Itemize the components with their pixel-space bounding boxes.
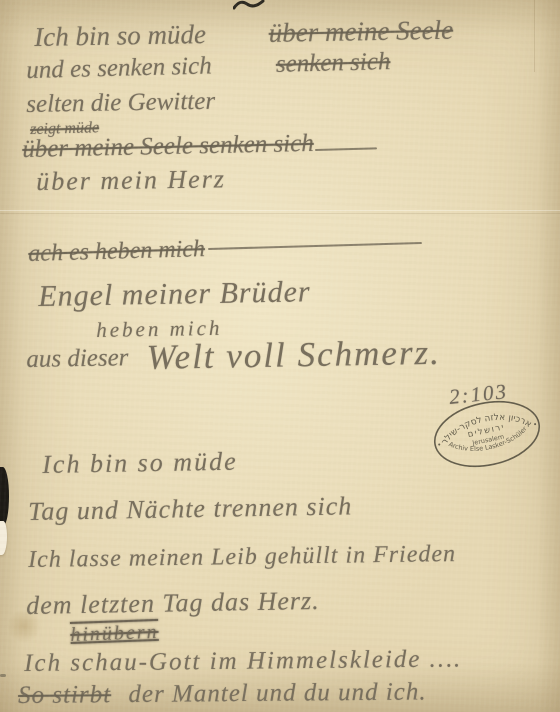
strike-mark-extension bbox=[208, 242, 422, 250]
handwriting-line-5: über meine Seele senken sich bbox=[22, 130, 314, 164]
handwriting-line-7: ach es heben mich bbox=[28, 236, 205, 268]
line-17-text: der Mantel und du und ich. bbox=[128, 678, 426, 709]
handwriting-line-1: Ich bin so müde über meine Seele bbox=[34, 15, 453, 53]
stamp-dot-right: • bbox=[532, 420, 538, 429]
manuscript-scan: Ich bin so müde über meine Seele und es … bbox=[0, 0, 560, 712]
handwriting-line-17: So stirbt der Mantel und du und ich. bbox=[18, 678, 427, 710]
line-11-text: Ich bin so müde bbox=[42, 447, 238, 480]
line-10-text: aus dieser bbox=[26, 344, 129, 374]
handwriting-line-11: Ich bin so müde bbox=[42, 447, 238, 480]
vertical-crease bbox=[534, 0, 535, 72]
line-5-struck-text: über meine Seele senken sich bbox=[22, 130, 314, 164]
line-6-text: über mein Herz bbox=[36, 164, 226, 197]
handwriting-line-3: selten die Gewitter bbox=[26, 88, 215, 119]
archive-stamp: ארכיון אלזה לסקר-שילר ירושלים Jerusalem … bbox=[422, 385, 551, 483]
strike-mark-extension bbox=[315, 147, 377, 151]
line-15-scribbled-text: hinübern bbox=[70, 621, 159, 647]
line-14-text: dem letzten Tag das Herz. bbox=[26, 586, 320, 621]
top-edge-ink-mark bbox=[233, 0, 265, 10]
handwriting-line-15-scribbled: hinübern bbox=[70, 621, 159, 647]
line-3-text: selten die Gewitter bbox=[26, 88, 215, 119]
line-2-text: und es senken sich bbox=[26, 52, 212, 85]
handwriting-line-6: über mein Herz bbox=[36, 164, 226, 197]
line-1-struck-text: über meine Seele bbox=[268, 15, 453, 49]
left-edge-pencil-mark bbox=[0, 674, 6, 677]
line-2-struck-text: senken sich bbox=[276, 48, 391, 79]
handwriting-line-8: Engel meiner Brüder bbox=[38, 275, 311, 314]
line-16-text: Ich schau-Gott im Himmelskleide …. bbox=[24, 645, 462, 678]
line-12-text: Tag und Nächte trennen sich bbox=[28, 491, 353, 527]
line-13-text: Ich lasse meinen Leib gehüllt in Frieden bbox=[28, 541, 456, 574]
handwriting-line-13: Ich lasse meinen Leib gehüllt in Frieden bbox=[28, 541, 456, 574]
horizontal-fold-crease bbox=[0, 210, 560, 214]
handwriting-line-2: und es senken sich senken sich bbox=[26, 48, 391, 85]
handwriting-line-14: dem letzten Tag das Herz. bbox=[26, 586, 320, 621]
left-edge-paper-sliver bbox=[0, 521, 7, 555]
left-edge-tear bbox=[0, 467, 9, 525]
line-17-struck-text: So stirbt bbox=[18, 681, 111, 710]
line-8-text: Engel meiner Brüder bbox=[38, 275, 311, 314]
line-7-struck-text: ach es heben mich bbox=[28, 236, 205, 268]
line-1-text: Ich bin so müde bbox=[34, 19, 206, 53]
handwriting-line-16: Ich schau-Gott im Himmelskleide …. bbox=[24, 645, 462, 678]
handwriting-line-10: aus dieser Welt voll Schmerz. bbox=[26, 333, 441, 380]
line-10-large-text: Welt voll Schmerz. bbox=[146, 333, 441, 378]
handwriting-line-12: Tag und Nächte trennen sich bbox=[28, 491, 353, 527]
